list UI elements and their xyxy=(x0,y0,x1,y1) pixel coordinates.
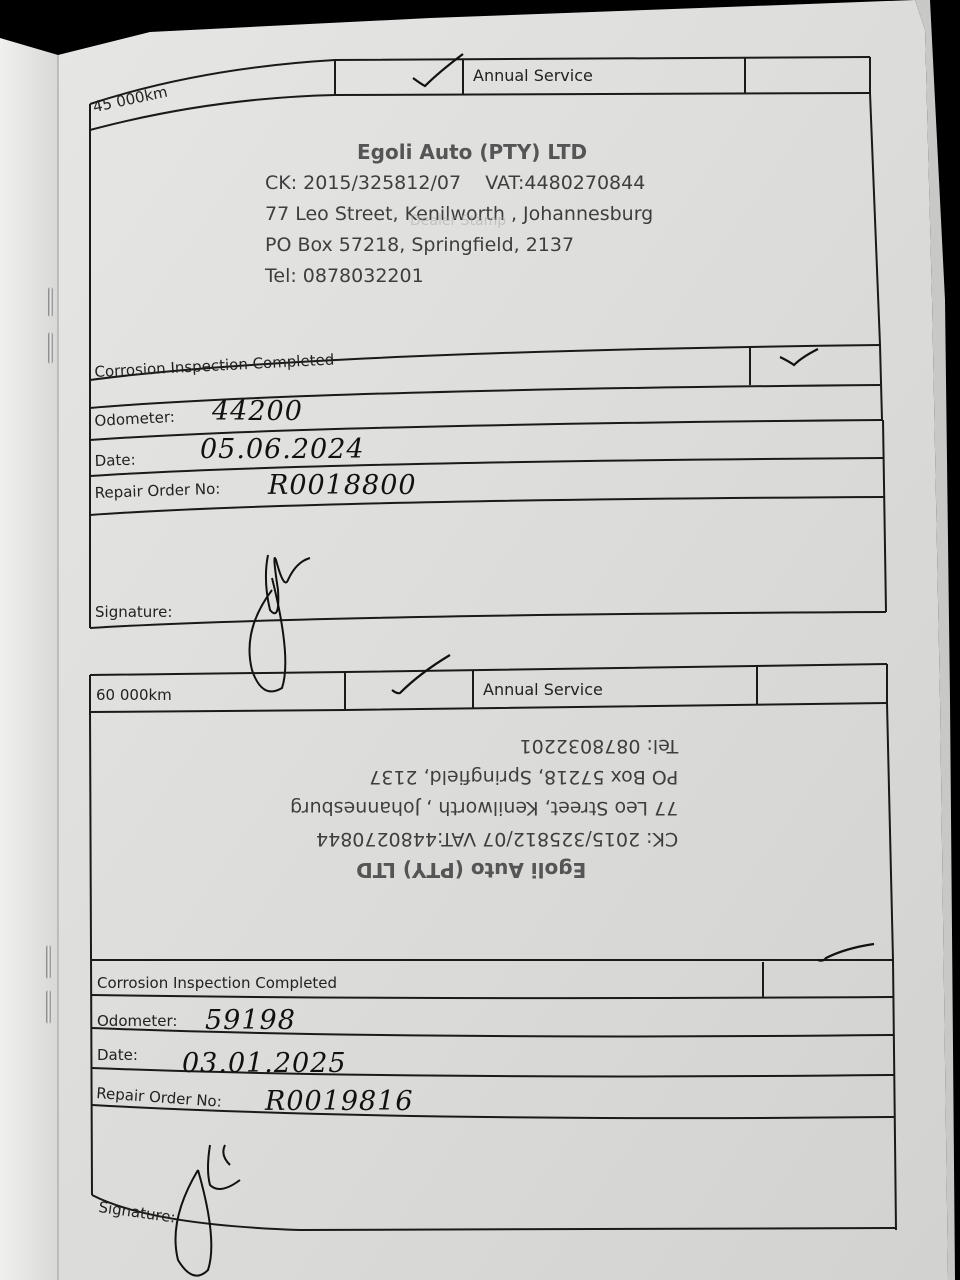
date-label: Date: xyxy=(94,451,136,470)
signature-field[interactable] xyxy=(94,1120,894,1225)
service-type-label: Annual Service xyxy=(473,66,593,85)
dealer-name: Egoli Auto (PTY) LTD xyxy=(265,137,653,168)
staple xyxy=(46,945,51,979)
extra-checkbox[interactable] xyxy=(746,58,869,93)
staple xyxy=(48,332,53,364)
corrosion-label: Corrosion Inspection Completed xyxy=(97,974,337,992)
extra-checkbox[interactable] xyxy=(758,666,886,703)
dealer-po-box: PO Box 57218, Springfield, 2137 xyxy=(290,761,678,792)
repair-order-value[interactable]: R0019816 xyxy=(265,1086,414,1117)
service-type-label: Annual Service xyxy=(483,680,603,699)
dealer-tel: Tel: 0878032201 xyxy=(290,730,678,761)
date-label: Date: xyxy=(97,1046,138,1064)
staple xyxy=(46,990,51,1024)
corrosion-checkbox[interactable] xyxy=(765,962,892,997)
dealer-po-box: PO Box 57218, Springfield, 2137 xyxy=(265,230,653,261)
odometer-label: Odometer: xyxy=(97,1012,177,1030)
odometer-value[interactable]: 59198 xyxy=(205,1005,296,1036)
staple xyxy=(48,287,53,317)
date-value[interactable]: 05.06.2024 xyxy=(200,434,365,465)
dealer-stamp-placeholder: Dealer Stamp xyxy=(410,213,506,229)
odometer-value[interactable]: 44200 xyxy=(212,396,303,427)
service-checkbox[interactable] xyxy=(346,672,472,710)
dealer-stamp-upside-down: Egoli Auto (PTY) LTD CK: 2015/325812/07 … xyxy=(290,730,678,885)
corrosion-checkbox[interactable] xyxy=(752,348,878,384)
dealer-address: 77 Leo Street, Kenilworth , Johannesburg xyxy=(290,792,678,823)
dealer-vat: VAT:4480270844 xyxy=(485,172,645,194)
service-checkbox[interactable] xyxy=(336,60,462,94)
dealer-name: Egoli Auto (PTY) LTD xyxy=(290,854,678,885)
date-value[interactable]: 03.01.2025 xyxy=(182,1048,347,1079)
dealer-ck: CK: 2015/325812/07 xyxy=(265,172,461,194)
dealer-ck: CK: 2015/325812/07 xyxy=(482,828,678,850)
photo-of-service-book: 45 000km Annual Service Egoli Auto (PTY)… xyxy=(0,0,960,1280)
repair-order-value[interactable]: R0018800 xyxy=(268,470,417,501)
dealer-tel: Tel: 0878032201 xyxy=(265,261,653,292)
signature-field[interactable] xyxy=(92,500,882,610)
dealer-vat: VAT:4480270844 xyxy=(316,828,476,850)
interval-label: 60 000km xyxy=(96,686,172,704)
